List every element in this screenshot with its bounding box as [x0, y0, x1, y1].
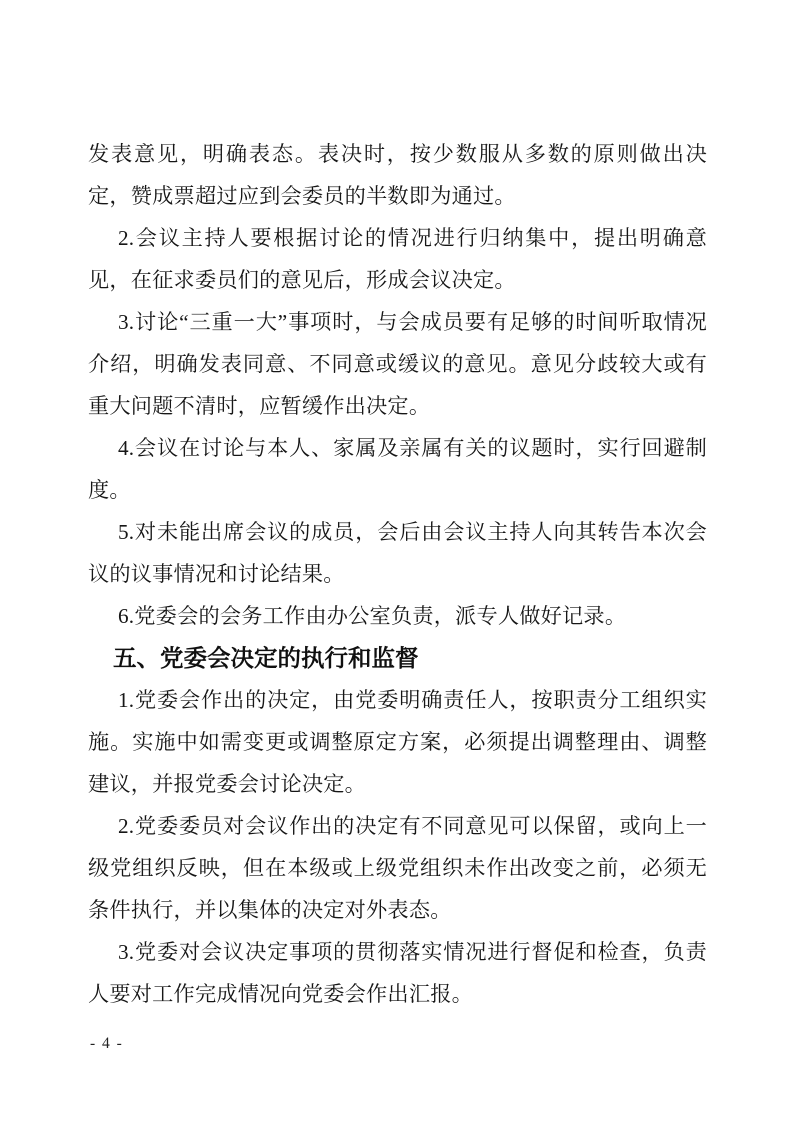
document-body: 发表意见，明确表态。表决时，按少数服从多数的原则做出决定，赞成票超过应到会委员的… [88, 133, 707, 1015]
body-paragraph: 2.党委委员对会议作出的决定有不同意见可以保留，或向上一级党组织反映，但在本级或… [88, 805, 707, 931]
body-paragraph: 5.对未能出席会议的成员，会后由会议主持人向其转告本次会议的议事情况和讨论结果。 [88, 511, 707, 595]
body-paragraph: 3.党委对会议决定事项的贯彻落实情况进行督促和检查，负责人要对工作完成情况向党委… [88, 931, 707, 1015]
document-page: 发表意见，明确表态。表决时，按少数服从多数的原则做出决定，赞成票超过应到会委员的… [0, 0, 793, 1122]
body-paragraph: 2.会议主持人要根据讨论的情况进行归纳集中，提出明确意见，在征求委员们的意见后，… [88, 217, 707, 301]
page-number: - 4 - [90, 1035, 123, 1053]
section-heading: 五、党委会决定的执行和监督 [88, 637, 707, 679]
body-paragraph: 3.讨论“三重一大”事项时，与会成员要有足够的时间听取情况介绍，明确发表同意、不… [88, 301, 707, 427]
body-paragraph: 6.党委会的会务工作由办公室负责，派专人做好记录。 [88, 595, 707, 637]
body-paragraph: 1.党委会作出的决定，由党委明确责任人，按职责分工组织实施。实施中如需变更或调整… [88, 679, 707, 805]
body-paragraph: 4.会议在讨论与本人、家属及亲属有关的议题时，实行回避制度。 [88, 427, 707, 511]
body-paragraph: 发表意见，明确表态。表决时，按少数服从多数的原则做出决定，赞成票超过应到会委员的… [88, 133, 707, 217]
